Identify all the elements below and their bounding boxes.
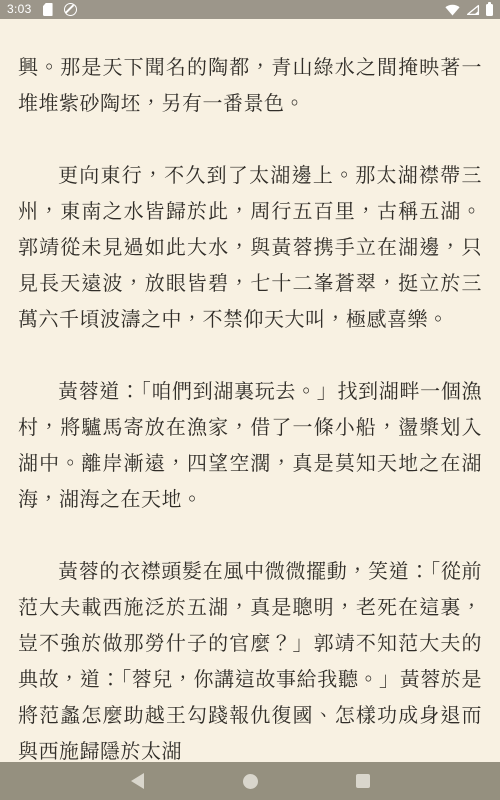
back-button[interactable] [127,771,147,791]
recents-icon [356,774,370,788]
cell-signal-icon [466,4,480,16]
status-bar-left: 3:03 [7,0,77,19]
home-icon [243,774,258,789]
home-button[interactable] [240,771,260,791]
paragraph: 興。那是天下聞名的陶都，青山綠水之間掩映著一堆堆紫砂陶坯，另有一番景色。 [18,50,482,122]
paragraph: 更向東行，不久到了太湖邊上。那太湖襟帶三州，東南之水皆歸於此，周行五百里，古稱五… [18,158,482,338]
recents-button[interactable] [353,771,373,791]
sd-card-icon [43,3,53,16]
reading-surface[interactable]: 興。那是天下聞名的陶都，青山綠水之間掩映著一堆堆紫砂陶坯，另有一番景色。 更向東… [0,19,500,762]
ereader-screen: 3:03 興。那是天下聞名的陶都，青山綠水之間掩映著一堆堆紫砂陶坯，另有一番景色… [0,0,500,800]
paragraph: 黃蓉道：「咱們到湖裏玩去。」找到湖畔一個漁村，將驢馬寄放在漁家，借了一條小船，盪… [18,374,482,518]
back-icon [131,773,144,789]
status-bar-right [445,4,493,16]
status-bar: 3:03 [0,0,500,19]
navigation-bar [0,762,500,800]
battery-icon [486,4,493,16]
paragraph: 黃蓉的衣襟頭髮在風中微微擺動，笑道：「從前范大夫載西施泛於五湖，真是聰明，老死在… [18,554,482,762]
clock-time: 3:03 [7,0,32,19]
wifi-icon [445,4,460,16]
do-not-disturb-icon [64,3,77,16]
